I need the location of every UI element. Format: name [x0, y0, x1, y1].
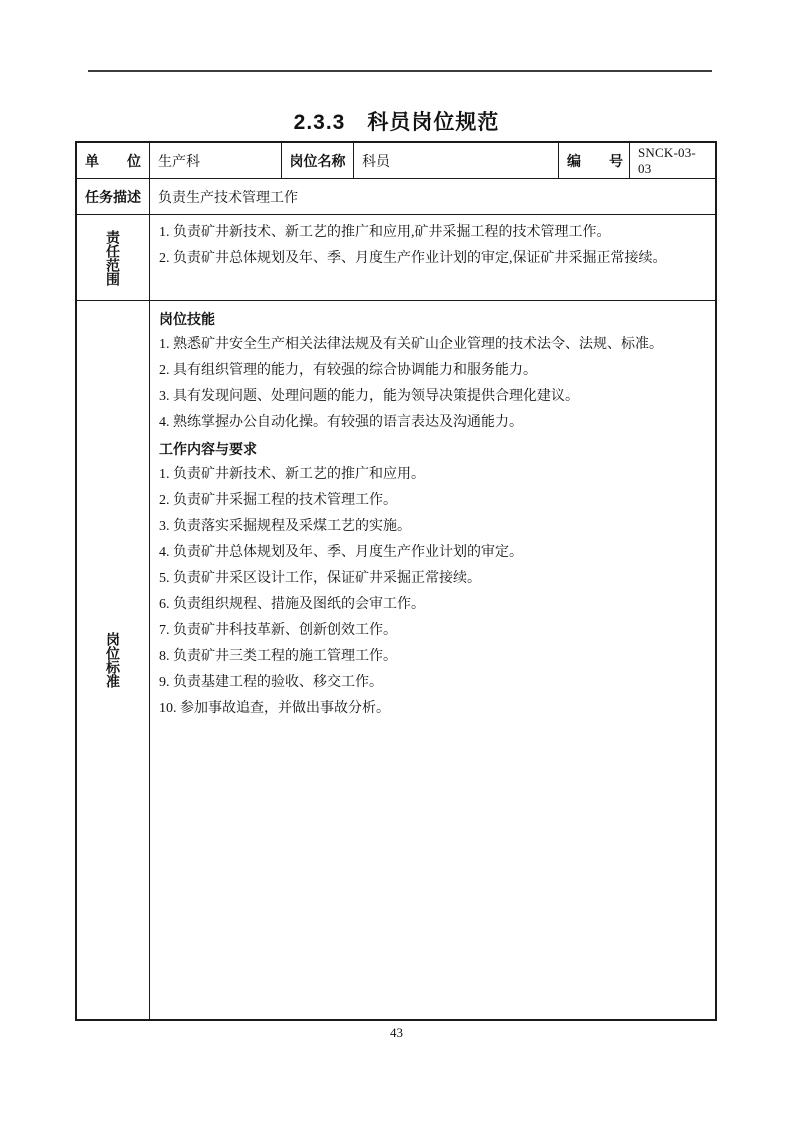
table-row-task: 任务描述 负责生产技术管理工作: [77, 179, 715, 215]
standard-label: 岗位标准: [105, 632, 121, 688]
responsibility-label-cell: 责任范围: [77, 215, 150, 300]
code-label: 编 号: [567, 151, 623, 171]
responsibility-label: 责任范围: [105, 230, 121, 286]
list-item: 9. 负责基建工程的验收、移交工作。: [159, 670, 705, 696]
list-item: 4. 负责矿井总体规划及年、季、月度生产作业计划的审定。: [159, 540, 705, 566]
page-title: 2.3.3 科员岗位规范: [0, 106, 793, 136]
list-item: 6. 负责组织规程、措施及图纸的会审工作。: [159, 592, 705, 618]
list-item: 1. 负责矿井新技术、新工艺的推广和应用,矿井采掘工程的技术管理工作。: [159, 220, 705, 246]
list-item: 4. 熟练掌握办公自动化操。有较强的语言表达及沟通能力。: [159, 410, 705, 436]
position-name-label: 岗位名称: [290, 151, 346, 171]
list-item: 10. 参加事故追查，并做出事故分析。: [159, 696, 705, 722]
list-item: 2. 负责矿井采掘工程的技术管理工作。: [159, 488, 705, 514]
task-label: 任务描述: [85, 187, 141, 207]
page-number: 43: [0, 1025, 793, 1041]
code-value: SNCK-03-03: [638, 145, 707, 177]
table-row-responsibility: 责任范围 1. 负责矿井新技术、新工艺的推广和应用,矿井采掘工程的技术管理工作。…: [77, 215, 715, 301]
code-value-cell: SNCK-03-03: [630, 143, 715, 178]
position-name-value-cell: 科员: [354, 143, 559, 178]
list-item: 3. 负责落实采掘规程及采煤工艺的实施。: [159, 514, 705, 540]
duties-heading: 工作内容与要求: [159, 436, 705, 462]
unit-value-cell: 生产科: [150, 143, 282, 178]
position-name-label-cell: 岗位名称: [282, 143, 354, 178]
task-label-cell: 任务描述: [77, 179, 150, 214]
list-item: 1. 负责矿井新技术、新工艺的推广和应用。: [159, 462, 705, 488]
unit-label: 单 位: [85, 151, 141, 171]
list-item: 5. 负责矿井采区设计工作，保证矿井采掘正常接续。: [159, 566, 705, 592]
table-row-header: 单 位 生产科 岗位名称 科员 编 号 SNCK-03-03: [77, 143, 715, 179]
list-item: 2. 具有组织管理的能力，有较强的综合协调能力和服务能力。: [159, 358, 705, 384]
position-name-value: 科员: [362, 151, 390, 171]
task-value-cell: 负责生产技术管理工作: [150, 179, 715, 214]
list-item: 7. 负责矿井科技革新、创新创效工作。: [159, 618, 705, 644]
task-value: 负责生产技术管理工作: [158, 187, 298, 207]
table-row-standard: 岗位标准 岗位技能 1. 熟悉矿井安全生产相关法律法规及有关矿山企业管理的技术法…: [77, 301, 715, 1019]
standard-label-cell: 岗位标准: [77, 301, 150, 1019]
unit-value: 生产科: [158, 151, 200, 171]
document-page: 2.3.3 科员岗位规范 单 位 生产科 岗位名称 科员 编 号 SNCK-03…: [0, 0, 793, 1122]
code-label-cell: 编 号: [559, 143, 630, 178]
skills-list: 1. 熟悉矿井安全生产相关法律法规及有关矿山企业管理的技术法令、法规、标准。2.…: [159, 332, 705, 436]
standard-content: 岗位技能 1. 熟悉矿井安全生产相关法律法规及有关矿山企业管理的技术法令、法规、…: [150, 301, 715, 1019]
list-item: 1. 熟悉矿井安全生产相关法律法规及有关矿山企业管理的技术法令、法规、标准。: [159, 332, 705, 358]
unit-label-cell: 单 位: [77, 143, 150, 178]
list-item: 2. 负责矿井总体规划及年、季、月度生产作业计划的审定,保证矿井采掘正常接续。: [159, 246, 705, 272]
position-spec-table: 单 位 生产科 岗位名称 科员 编 号 SNCK-03-03 任务描述: [75, 141, 717, 1021]
list-item: 3. 具有发现问题、处理问题的能力，能为领导决策提供合理化建议。: [159, 384, 705, 410]
list-item: 8. 负责矿井三类工程的施工管理工作。: [159, 644, 705, 670]
skills-heading: 岗位技能: [159, 306, 705, 332]
responsibility-content: 1. 负责矿井新技术、新工艺的推广和应用,矿井采掘工程的技术管理工作。2. 负责…: [150, 215, 715, 300]
duties-list: 1. 负责矿井新技术、新工艺的推广和应用。2. 负责矿井采掘工程的技术管理工作。…: [159, 462, 705, 722]
header-rule: [88, 70, 712, 72]
